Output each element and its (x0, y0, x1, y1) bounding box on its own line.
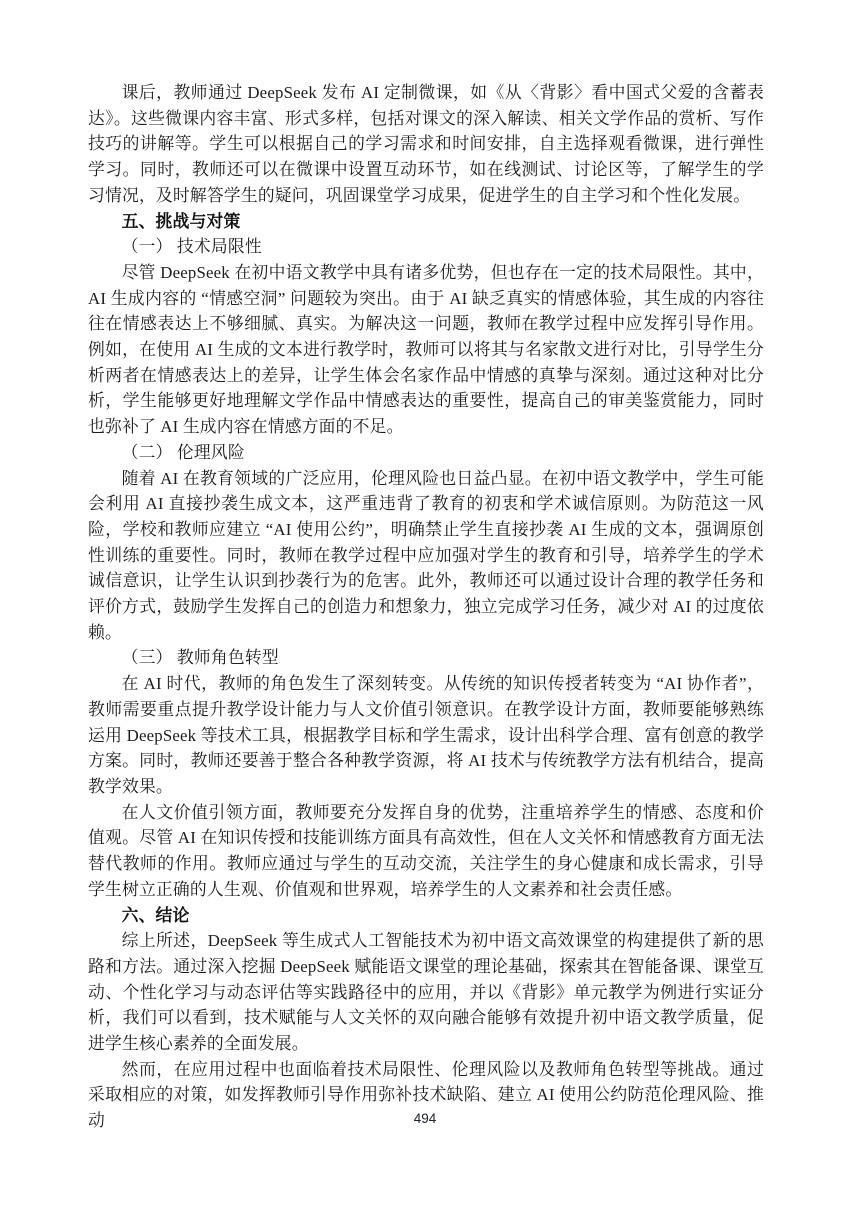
page-footer: 494 (0, 1110, 850, 1128)
subsection-heading: （三） 教师角色转型 (88, 645, 764, 671)
paragraph: 在人文价值引领方面，教师要充分发挥自身的优势，注重培养学生的情感、态度和价值观。… (88, 800, 764, 903)
paragraph: 尽管 DeepSeek 在初中语文教学中具有诸多优势，但也存在一定的技术局限性。… (88, 260, 764, 440)
section-heading: 六、结论 (88, 903, 764, 929)
subsection-heading: （二） 伦理风险 (88, 440, 764, 466)
paragraph: 课后，教师通过 DeepSeek 发布 AI 定制微课，如《从〈背影〉看中国式父… (88, 80, 764, 209)
paragraph: 综上所述，DeepSeek 等生成式人工智能技术为初中语文高效课堂的构建提供了新… (88, 928, 764, 1057)
paragraph: 随着 AI 在教育领域的广泛应用，伦理风险也日益凸显。在初中语文教学中，学生可能… (88, 466, 764, 646)
page-content: 课后，教师通过 DeepSeek 发布 AI 定制微课，如《从〈背影〉看中国式父… (88, 80, 764, 1134)
subsection-heading: （一） 技术局限性 (88, 234, 764, 260)
section-heading: 五、挑战与对策 (88, 209, 764, 235)
document-page: 课后，教师通过 DeepSeek 发布 AI 定制微课，如《从〈背影〉看中国式父… (0, 0, 850, 1205)
paragraph: 在 AI 时代，教师的角色发生了深刻转变。从传统的知识传授者转变为 “AI 协作… (88, 671, 764, 800)
page-number: 494 (414, 1111, 437, 1126)
